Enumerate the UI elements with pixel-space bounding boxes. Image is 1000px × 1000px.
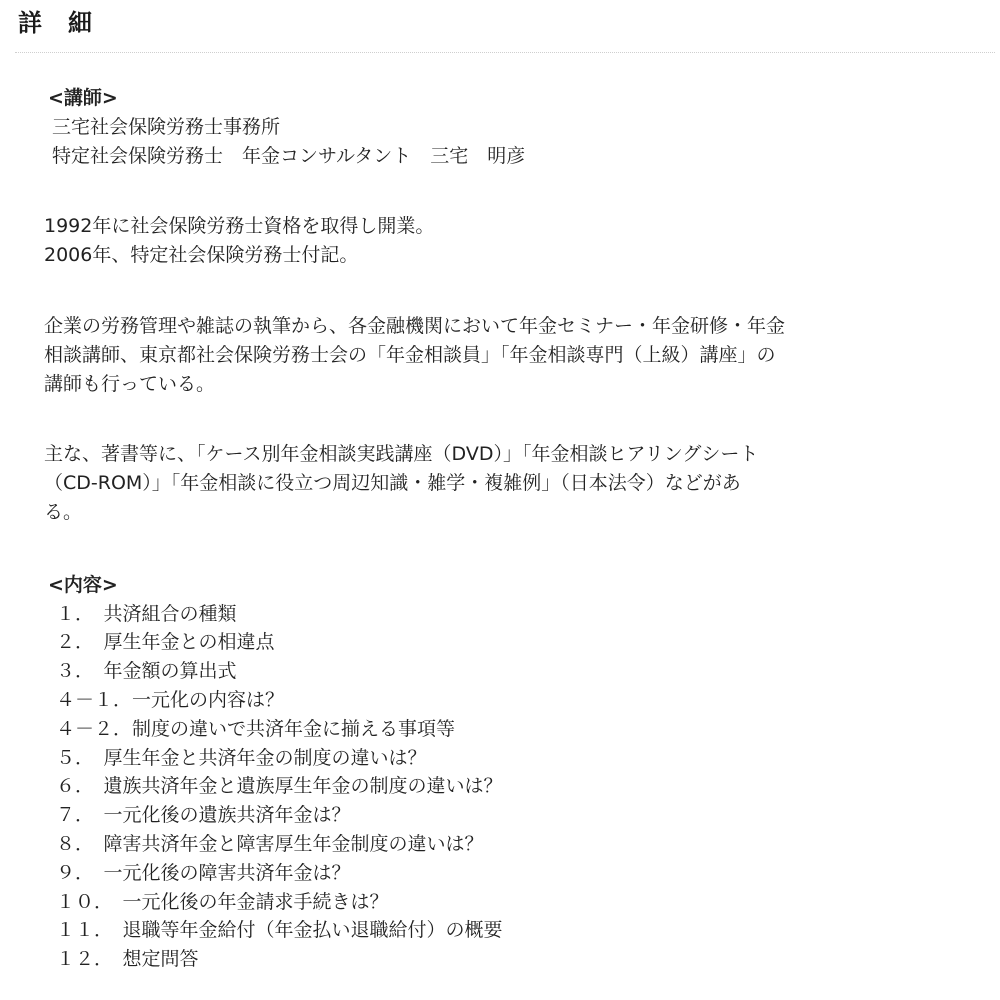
career-line: 2006年、特定社会保険労務士付記。 <box>44 241 974 270</box>
activities-line: 講師も行っている。 <box>44 370 974 399</box>
list-item: ９． 一元化後の障害共済年金は？ <box>56 859 974 888</box>
spacer <box>44 170 974 212</box>
instructor-name-title: 特定社会保険労務士 年金コンサルタント 三宅 明彦 <box>52 142 974 171</box>
heading-divider <box>15 52 995 53</box>
list-item: １． 共済組合の種類 <box>56 600 974 629</box>
list-item: ２． 厚生年金との相違点 <box>56 628 974 657</box>
activities-line: 相談講師、東京都社会保険労務士会の「年金相談員」「年金相談専門（上級）講座」の <box>44 341 974 370</box>
spacer <box>44 270 974 312</box>
publications-line: （CD-ROM）」「年金相談に役立つ周辺知識・雑学・複雑例」（日本法令）などがあ <box>44 469 974 498</box>
list-item: ７． 一元化後の遺族共済年金は？ <box>56 801 974 830</box>
list-item: ４－１．一元化の内容は？ <box>56 686 974 715</box>
list-item: １１． 退職等年金給付（年金払い退職給付）の概要 <box>56 916 974 945</box>
spacer <box>44 527 974 571</box>
instructor-office: 三宅社会保険労務士事務所 <box>52 113 974 142</box>
activities-line: 企業の労務管理や雑誌の執筆から、各金融機関において年金セミナー・年金研修・年金 <box>44 312 974 341</box>
instructor-section-title: <講師> <box>48 84 974 113</box>
career-paragraph: 1992年に社会保険労務士資格を取得し開業。 2006年、特定社会保険労務士付記… <box>44 212 974 270</box>
publications-line: 主な、著書等に、「ケース別年金相談実践講座（DVD）」「年金相談ヒアリングシート <box>44 440 974 469</box>
career-line: 1992年に社会保険労務士資格を取得し開業。 <box>44 212 974 241</box>
spacer <box>44 398 974 440</box>
contents-list: １． 共済組合の種類 ２． 厚生年金との相違点 ３． 年金額の算出式 ４－１．一… <box>44 600 974 974</box>
page-title: 詳 細 <box>18 6 93 40</box>
publications-line: る。 <box>44 498 974 527</box>
list-item: １２． 想定問答 <box>56 945 974 974</box>
list-item: ８． 障害共済年金と障害厚生年金制度の違いは？ <box>56 830 974 859</box>
instructor-section: <講師> 三宅社会保険労務士事務所 特定社会保険労務士 年金コンサルタント 三宅… <box>44 84 974 170</box>
list-item: ４－２．制度の違いで共済年金に揃える事項等 <box>56 715 974 744</box>
detail-content: <講師> 三宅社会保険労務士事務所 特定社会保険労務士 年金コンサルタント 三宅… <box>44 84 974 974</box>
contents-section-title: <内容> <box>48 571 974 600</box>
publications-paragraph: 主な、著書等に、「ケース別年金相談実践講座（DVD）」「年金相談ヒアリングシート… <box>44 440 974 526</box>
list-item: １０． 一元化後の年金請求手続きは？ <box>56 888 974 917</box>
list-item: ５． 厚生年金と共済年金の制度の違いは？ <box>56 744 974 773</box>
activities-paragraph: 企業の労務管理や雑誌の執筆から、各金融機関において年金セミナー・年金研修・年金 … <box>44 312 974 398</box>
contents-section: <内容> １． 共済組合の種類 ２． 厚生年金との相違点 ３． 年金額の算出式 … <box>44 571 974 974</box>
list-item: ３． 年金額の算出式 <box>56 657 974 686</box>
list-item: ６． 遺族共済年金と遺族厚生年金の制度の違いは？ <box>56 772 974 801</box>
